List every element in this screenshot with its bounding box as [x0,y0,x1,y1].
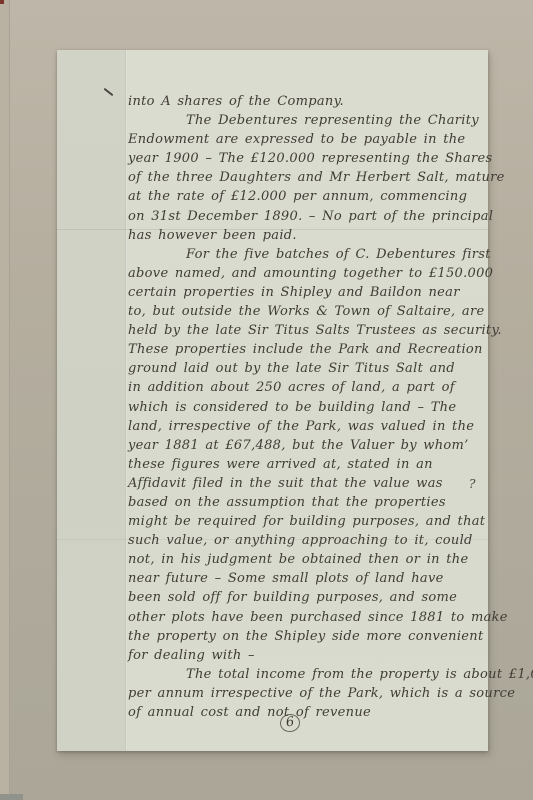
manuscript-text: into A shares of the Company.The Debentu… [128,92,490,722]
manuscript-line: year 1881 at £67,488, but the Valuer by … [128,436,490,455]
paper-left-shading [57,50,125,751]
manuscript-line: These properties include the Park and Re… [128,340,490,359]
manuscript-line: to, but outside the Works & Town of Salt… [128,302,490,321]
manuscript-line: at the rate of £12.000 per annum, commen… [128,187,490,206]
manuscript-line: on 31st December 1890. – No part of the … [128,207,490,226]
manuscript-line: Affidavit filed in the suit that the val… [128,474,490,493]
manuscript-line: based on the assumption that the propert… [128,493,490,512]
manuscript-line: The Debentures representing the Charity [128,111,490,130]
manuscript-line: of the three Daughters and Mr Herbert Sa… [128,168,490,187]
page-number-circle: 6 [279,713,302,734]
photo-left-edge-strip [0,0,10,800]
manuscript-line: ground laid out by the late Sir Titus Sa… [128,359,490,378]
page-number: 6 [130,714,450,732]
manuscript-line: the property on the Shipley side more co… [128,627,490,646]
manuscript-line: into A shares of the Company. [128,92,490,111]
manuscript-line: held by the late Sir Titus Salts Trustee… [128,321,490,340]
red-corner-speck [0,0,4,4]
screenshot-frame: into A shares of the Company.The Debentu… [0,0,533,800]
manuscript-line: such value, or anything approaching to i… [128,531,490,550]
vertical-fold-line [125,50,127,751]
manuscript-line: not, in his judgment be obtained then or… [128,550,490,569]
manuscript-line: For the five batches of C. Debentures fi… [128,245,490,264]
manuscript-line: which is considered to be building land … [128,398,490,417]
manuscript-line: might be required for building purposes,… [128,512,490,531]
manuscript-line: above named, and amounting together to £… [128,264,490,283]
manuscript-page: into A shares of the Company.The Debentu… [57,50,488,751]
dark-corner-marker [0,794,23,800]
manuscript-line: has however been paid. [128,226,490,245]
manuscript-line: The total income from the property is ab… [128,665,490,684]
manuscript-line: these figures were arrived at, stated in… [128,455,490,474]
manuscript-line: for dealing with – [128,646,490,665]
manuscript-line: land, irrespective of the Park, was valu… [128,417,490,436]
manuscript-line: been sold off for building purposes, and… [128,588,490,607]
manuscript-line: other plots have been purchased since 18… [128,608,490,627]
manuscript-line: Endowment are expressed to be payable in… [128,130,490,149]
manuscript-line: year 1900 – The £120.000 representing th… [128,149,490,168]
margin-question-mark: ? [469,477,475,491]
manuscript-line: per annum irrespective of the Park, whic… [128,684,490,703]
manuscript-line: in addition about 250 acres of land, a p… [128,378,490,397]
manuscript-line: certain properties in Shipley and Baildo… [128,283,490,302]
manuscript-line: near future – Some small plots of land h… [128,569,490,588]
